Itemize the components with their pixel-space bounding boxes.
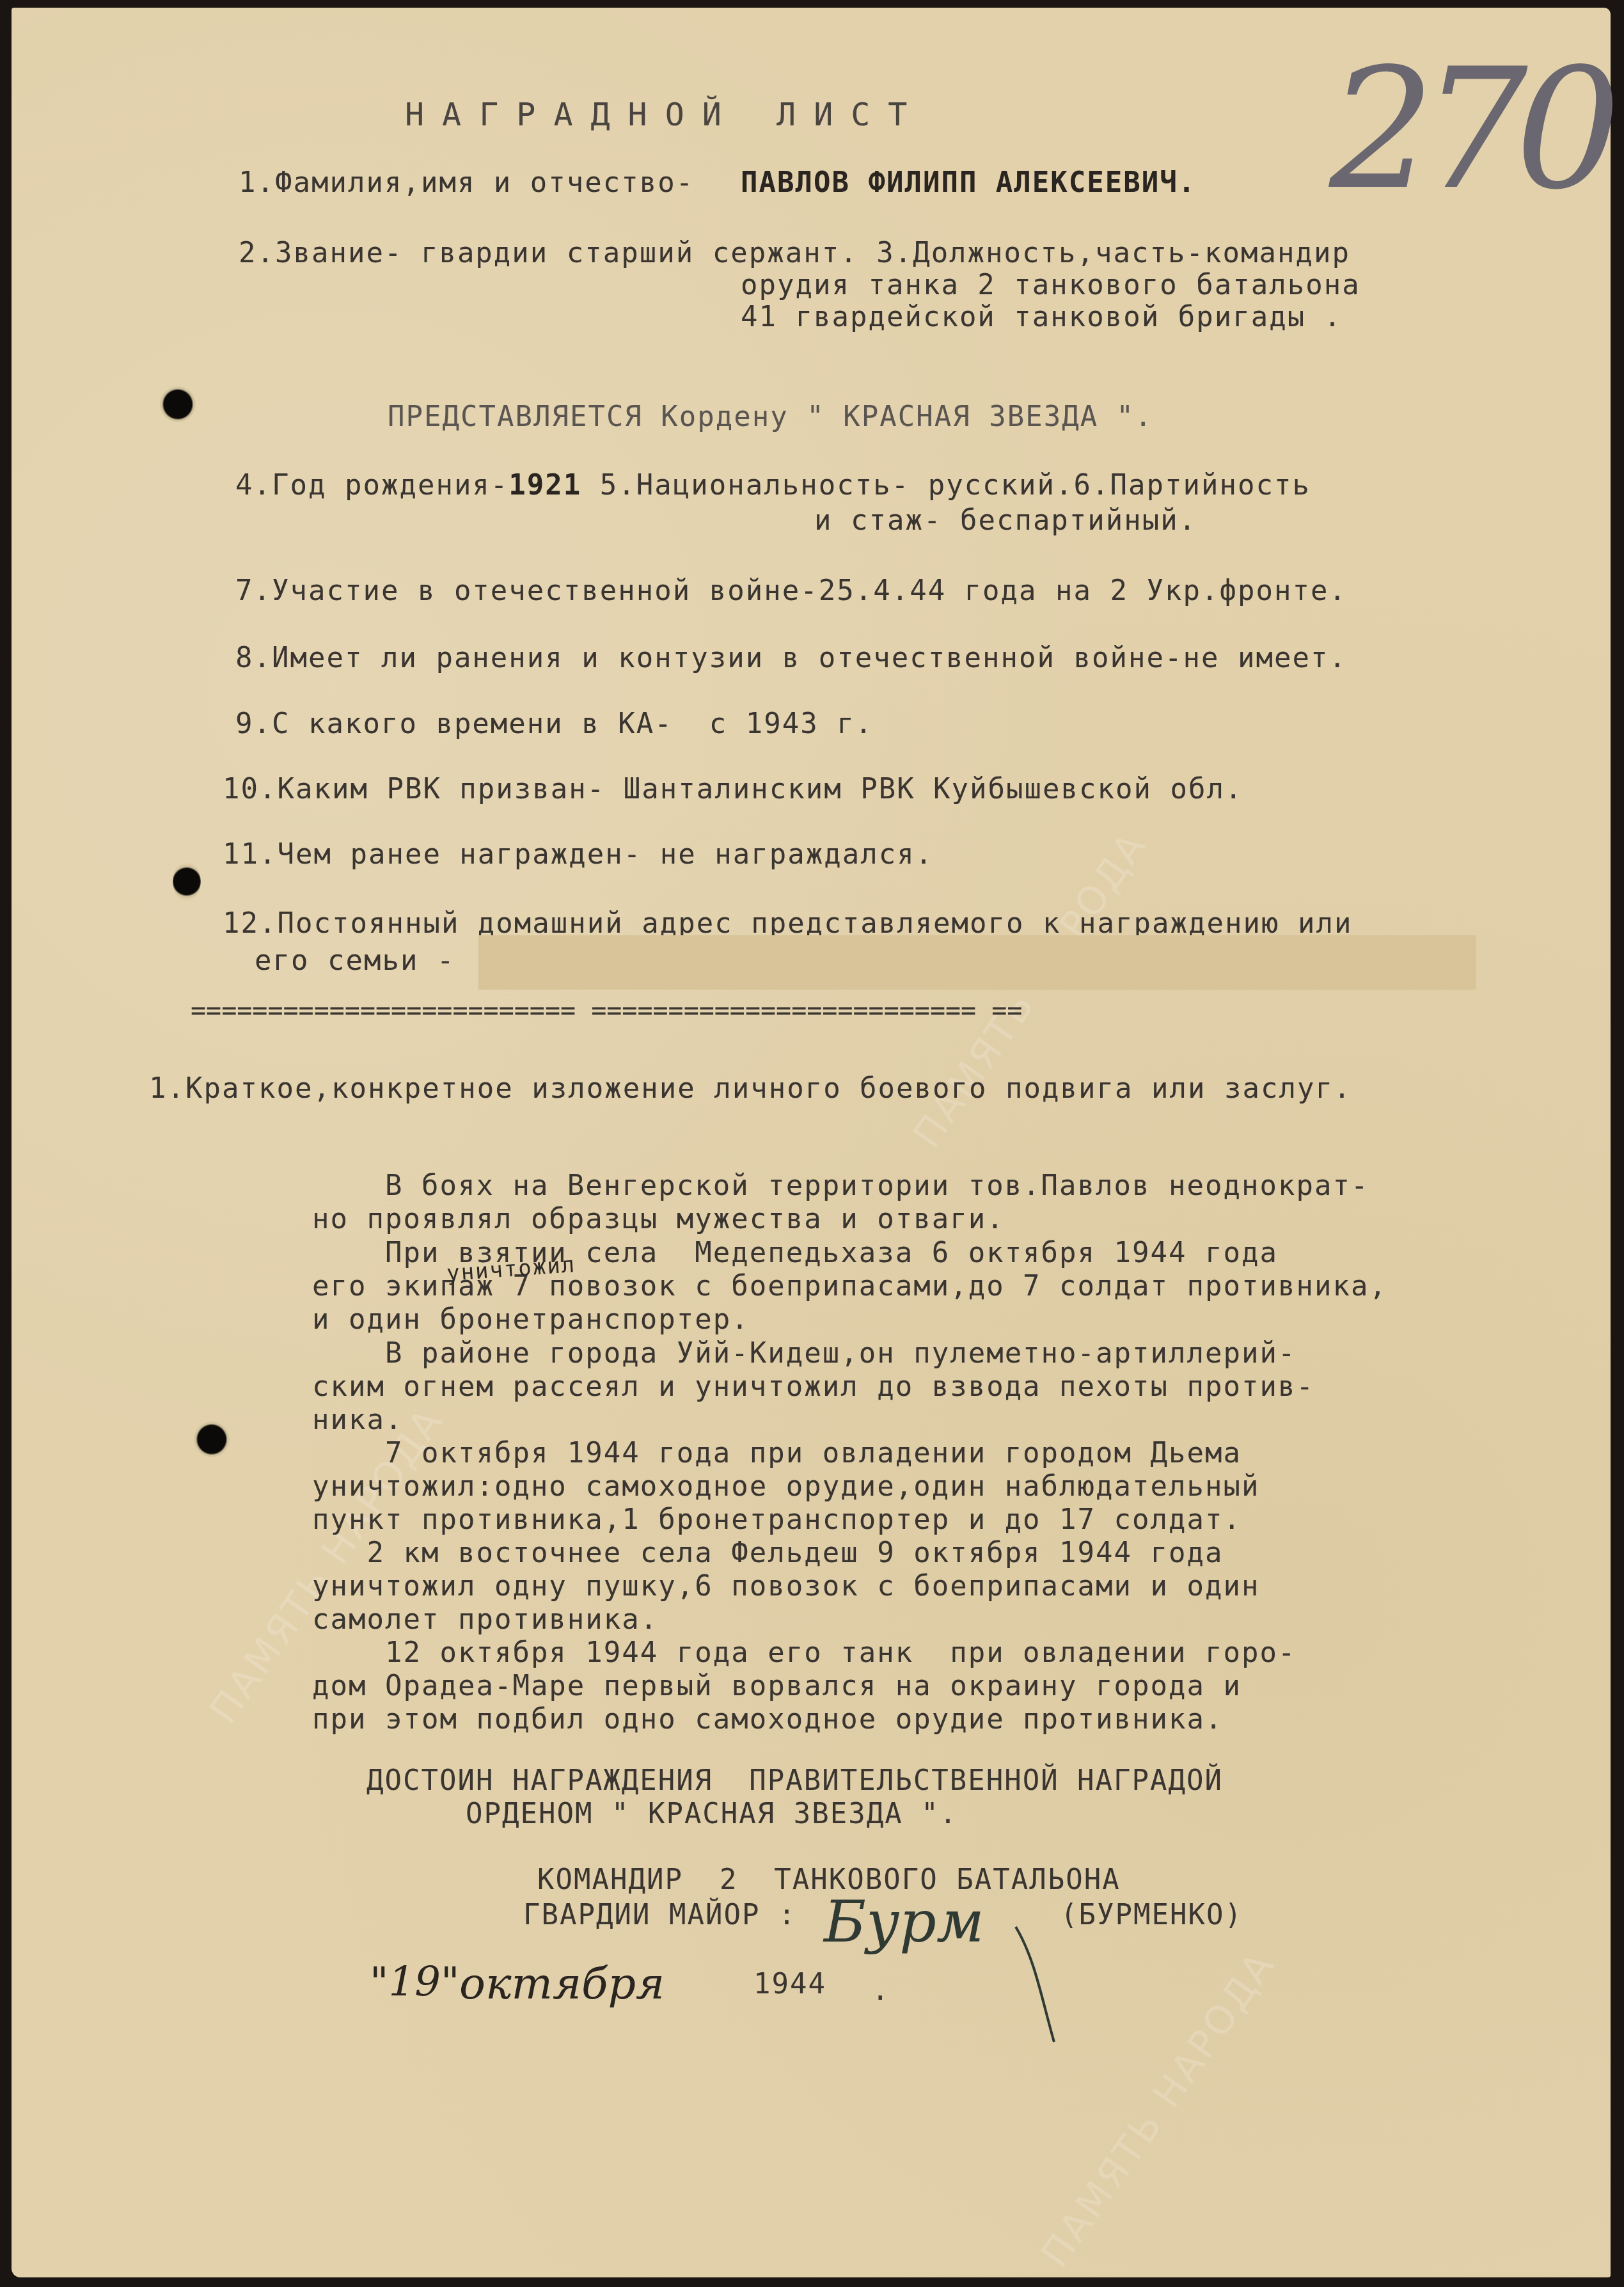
field-home-address-label2: его семьи - [255,947,455,975]
narrative-line: ским огнем рассеял и уничтожил до взвода… [312,1373,1314,1401]
nomination-line: ПРЕДСТАВЛЯЕТСЯ Kордену " КРАСНАЯ ЗВЕЗДА … [388,403,1153,431]
signature-tail-icon [1009,1920,1073,2048]
punch-hole [194,1421,230,1457]
field-wounds: 8.Имеет ли ранения и контузии в отечеств… [235,644,1347,672]
narrative-line: и один бронетранспортер. [312,1306,750,1334]
narrative-line: ника. [312,1406,403,1434]
field-previous-awards: 11.Чем ранее награжден- не награждался. [223,841,933,869]
narrative-line: дом Орадеа-Маре первый ворвался на окраи… [312,1672,1242,1700]
narrative-line: уничтожил одну пушку,6 повозок с боеприп… [312,1572,1260,1601]
birth-year-label: 4.Год рождения- [235,469,508,502]
document-title: НАГРАДНОЙ ЛИСТ [405,99,925,131]
narrative-line: при этом подбил одно самоходное орудие п… [312,1705,1224,1734]
conclusion-line2: ОРДЕНОМ " КРАСНАЯ ЗВЕЗДА ". [466,1800,958,1828]
narrative-line: но проявлял образцы мужества и отваги. [312,1205,1005,1233]
award-sheet-page: ПАМЯТЬ НАРОДА ПАМЯТЬ НАРОДА ПАМЯТЬ НАРОД… [12,8,1611,2277]
narrative-line: В боях на Венгерской территории тов.Павл… [312,1172,1369,1200]
field-rank-position: 2.Звание- гвардии старший сержант. 3.Дол… [239,239,1350,267]
field-party-line2: и стаж- беспартийный. [814,507,1197,535]
conclusion-line1: ДОСТОИН НАГРАЖДЕНИЯ ПРАВИТЕЛЬСТВЕННОЙ НА… [367,1767,1223,1795]
field-position-line2: орудия танка 2 танкового батальона [741,271,1360,299]
narrative-line: уничтожил:одно самоходное орудие,один на… [312,1473,1260,1501]
birth-year-value: 1921 [508,469,581,502]
field-birth-year-label: 4.Год рождения-1921 5.Национальность- ру… [235,471,1311,500]
watermark: ПАМЯТЬ НАРОДА [904,823,1156,1156]
nationality-party: 5.Национальность- русский.6.Партийность [581,469,1311,502]
field-home-address-label: 12.Постоянный домашний адрес представляе… [223,910,1352,938]
narrative-line: 12 октября 1944 года его танк при овладе… [312,1639,1296,1667]
section-heading: 1.Краткое,конкретное изложение личного б… [149,1075,1352,1103]
date-day: "19" [370,1959,459,2006]
field-name-value: ПАВЛОВ ФИЛИПП АЛЕКСЕЕВИЧ. [741,169,1196,197]
separator-line: ========================= ==============… [191,996,1495,1025]
field-position-line3: 41 гвардейской танковой бригады . [741,303,1342,331]
signature-title-line2: ГВАРДИИ МАЙОР : [523,1901,796,1929]
narrative-line: 2 км восточнее села Фельдеш 9 октября 19… [312,1539,1224,1567]
date-year: 1944 [753,1970,826,1998]
date-period: . [872,1977,890,2005]
archive-number: 270 [1329,33,1608,226]
field-war-participation: 7.Участие в отечественной войне-25.4.44 … [235,577,1347,605]
redacted-address [478,935,1476,990]
punch-hole [173,862,201,901]
field-draft-office: 10.Каким РВК призван- Шанталинским РВК К… [223,775,1243,803]
narrative-line: В районе города Уйй-Кидеш,он пулеметно-а… [312,1340,1296,1368]
narrative-line: самолет противника. [312,1606,658,1634]
signature-name: (БУРМЕНКО) [1060,1901,1243,1929]
field-service-since: 9.С какого времени в КА- с 1943 г. [235,710,873,738]
punch-hole [160,386,196,422]
narrative-line: пункт противника,1 бронетранспортер и до… [312,1506,1242,1534]
narrative-line: 7 октября 1944 года при овладении городо… [312,1439,1242,1468]
signature-scrawl: Бурм [824,1888,984,1956]
date-month: октября [459,1959,665,2009]
field-name-label: 1.Фамилия,имя и отчество- [239,169,694,197]
